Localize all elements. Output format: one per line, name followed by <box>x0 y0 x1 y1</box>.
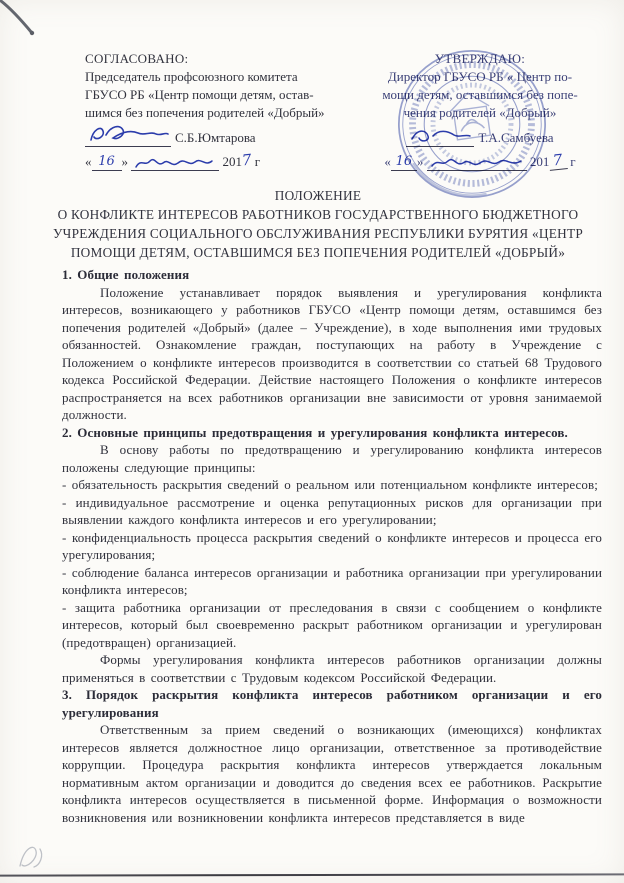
title-line: О КОНФЛИКТЕ ИНТЕРЕСОВ РАБОТНИКОВ ГОСУДАР… <box>30 205 606 224</box>
body-paragraph: Формы урегулирования конфликта интересов… <box>62 651 602 686</box>
handwriting-scribble-icon <box>429 155 525 171</box>
scanned-document-page: СОГЛАСОВАНО: Председатель профсоюзного к… <box>0 0 624 883</box>
bullet-item: - обязательность раскрытия сведений о ре… <box>62 476 602 494</box>
date-suffix: г <box>570 154 575 169</box>
handwritten-signature-icon <box>406 124 474 148</box>
bullet-item: - защита работника организации от пресле… <box>62 599 602 652</box>
signature-line <box>406 126 474 147</box>
signatory-name: Т.А.Самбуева <box>478 130 553 145</box>
agreed-line: шимся без попечения родителей «Добрый» <box>85 104 347 122</box>
section-heading: 3. Порядок раскрытия конфликта интересов… <box>62 686 602 721</box>
document-body: 1. Общие положения Положение устанавлива… <box>62 266 602 826</box>
body-paragraph: Ответственным за прием сведений о возник… <box>62 721 602 826</box>
title-line: УЧРЕЖДЕНИЯ СОЦИАЛЬНОГО ОБСЛУЖИВАНИЯ РЕСП… <box>30 224 606 243</box>
date-row: «16» 2017 г <box>85 152 347 171</box>
approved-line: Директор ГБУСО РБ « Центр по- <box>360 68 600 86</box>
date-month-scribble <box>427 153 527 171</box>
approved-line: мощи детям, оставшимся без попе- <box>360 86 600 104</box>
signature-row: Т.А.Самбуева <box>360 126 600 147</box>
handwritten-signature-icon <box>85 122 171 148</box>
signatory-name: С.Б.Юмтарова <box>175 130 256 145</box>
title-line: ПОМОЩИ ДЕТЯМ, ОСТАВШИМСЯ БЕЗ ПОПЕЧЕНИЯ Р… <box>30 243 606 262</box>
document-title: ПОЛОЖЕНИЕ О КОНФЛИКТЕ ИНТЕРЕСОВ РАБОТНИК… <box>30 186 606 262</box>
approval-header: СОГЛАСОВАНО: Председатель профсоюзного к… <box>85 50 600 171</box>
quote-close: » <box>122 154 129 169</box>
date-row: «16» 2017 г <box>360 152 600 171</box>
pen-stroke-mark <box>0 0 42 42</box>
bullet-item: - конфиденциальность процесса раскрытия … <box>62 529 602 564</box>
signature-line <box>85 126 171 147</box>
bullet-item: - индивидуальное рассмотрение и оценка р… <box>62 494 602 529</box>
date-day: 16 <box>391 153 417 171</box>
section-heading: 1. Общие положения <box>62 266 602 284</box>
body-paragraph: Положение устанавливает порядок выявлени… <box>62 284 602 424</box>
date-year-digit: 7 <box>241 151 252 170</box>
date-year: 201 <box>223 154 243 169</box>
signature-row: С.Б.Юмтарова <box>85 126 347 147</box>
section-heading: 2. Основные принципы предотвращения и ур… <box>62 424 602 442</box>
approved-label: УТВЕРЖДАЮ: <box>360 50 600 68</box>
quote-close: » <box>417 154 424 169</box>
date-suffix: г <box>255 154 260 169</box>
agreed-block: СОГЛАСОВАНО: Председатель профсоюзного к… <box>85 50 347 171</box>
date-year: 201 <box>530 154 550 169</box>
date-day: 16 <box>92 153 122 171</box>
approved-block: УТВЕРЖДАЮ: Директор ГБУСО РБ « Центр по-… <box>360 50 600 171</box>
scan-bottom-edge <box>0 873 624 876</box>
approved-line: чения родителей «Добрый» <box>360 104 600 122</box>
bullet-item: - соблюдение баланса интересов организац… <box>62 564 602 599</box>
body-paragraph: В основу работы по предотвращению и урег… <box>62 441 602 476</box>
title-line: ПОЛОЖЕНИЕ <box>30 186 606 205</box>
handwriting-scribble-icon <box>133 155 217 171</box>
agreed-line: Председатель профсоюзного комитета <box>85 68 347 86</box>
date-month-scribble <box>131 153 219 171</box>
agreed-line: ГБУСО РБ «Центр помощи детям, остав- <box>85 86 347 104</box>
pencil-mark <box>8 838 60 876</box>
date-year-digit: 7 <box>548 150 567 171</box>
agreed-label: СОГЛАСОВАНО: <box>85 50 347 68</box>
